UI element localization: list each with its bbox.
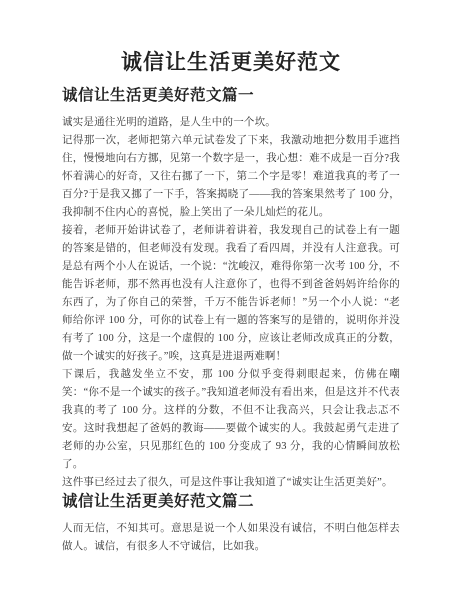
paragraph: 记得那一次，老师把第六单元试卷发了下来，我激动地把分数用手遮挡住，慢慢地向右方挪… — [62, 132, 400, 222]
section-heading-1: 诚信让生活更美好范文篇一 — [62, 86, 400, 106]
document-content: 诚信让生活更美好范文 诚信让生活更美好范文篇一 诚实是通往光明的道路，是人生中的… — [0, 48, 463, 556]
section-heading-2: 诚信让生活更美好范文篇二 — [62, 492, 400, 512]
document-title: 诚信让生活更美好范文 — [62, 48, 400, 76]
paragraph: 接着，老师开始讲试卷了，老师讲着讲着，我发现自己的试卷上有一题的答案是错的，但老… — [62, 222, 400, 366]
paragraph: 诚实是通往光明的道路，是人生中的一个坎。 — [62, 114, 400, 132]
paragraph: 下课后，我越发坐立不安，那 100 分似乎变得刺眼起来，仿佛在嘲笑：“你不是一个… — [62, 366, 400, 474]
document-page: 诚信让生活更美好范文 诚信让生活更美好范文篇一 诚实是通往光明的道路，是人生中的… — [0, 0, 463, 600]
paragraph: 这件事已经过去了很久，可是这件事让我知道了“诚实让生活更美好”。 — [62, 474, 400, 492]
paragraph: 人而无信，不知其可。意思是说一个人如果没有诚信，不明白他怎样去做人。诚信，有很多… — [62, 520, 400, 556]
